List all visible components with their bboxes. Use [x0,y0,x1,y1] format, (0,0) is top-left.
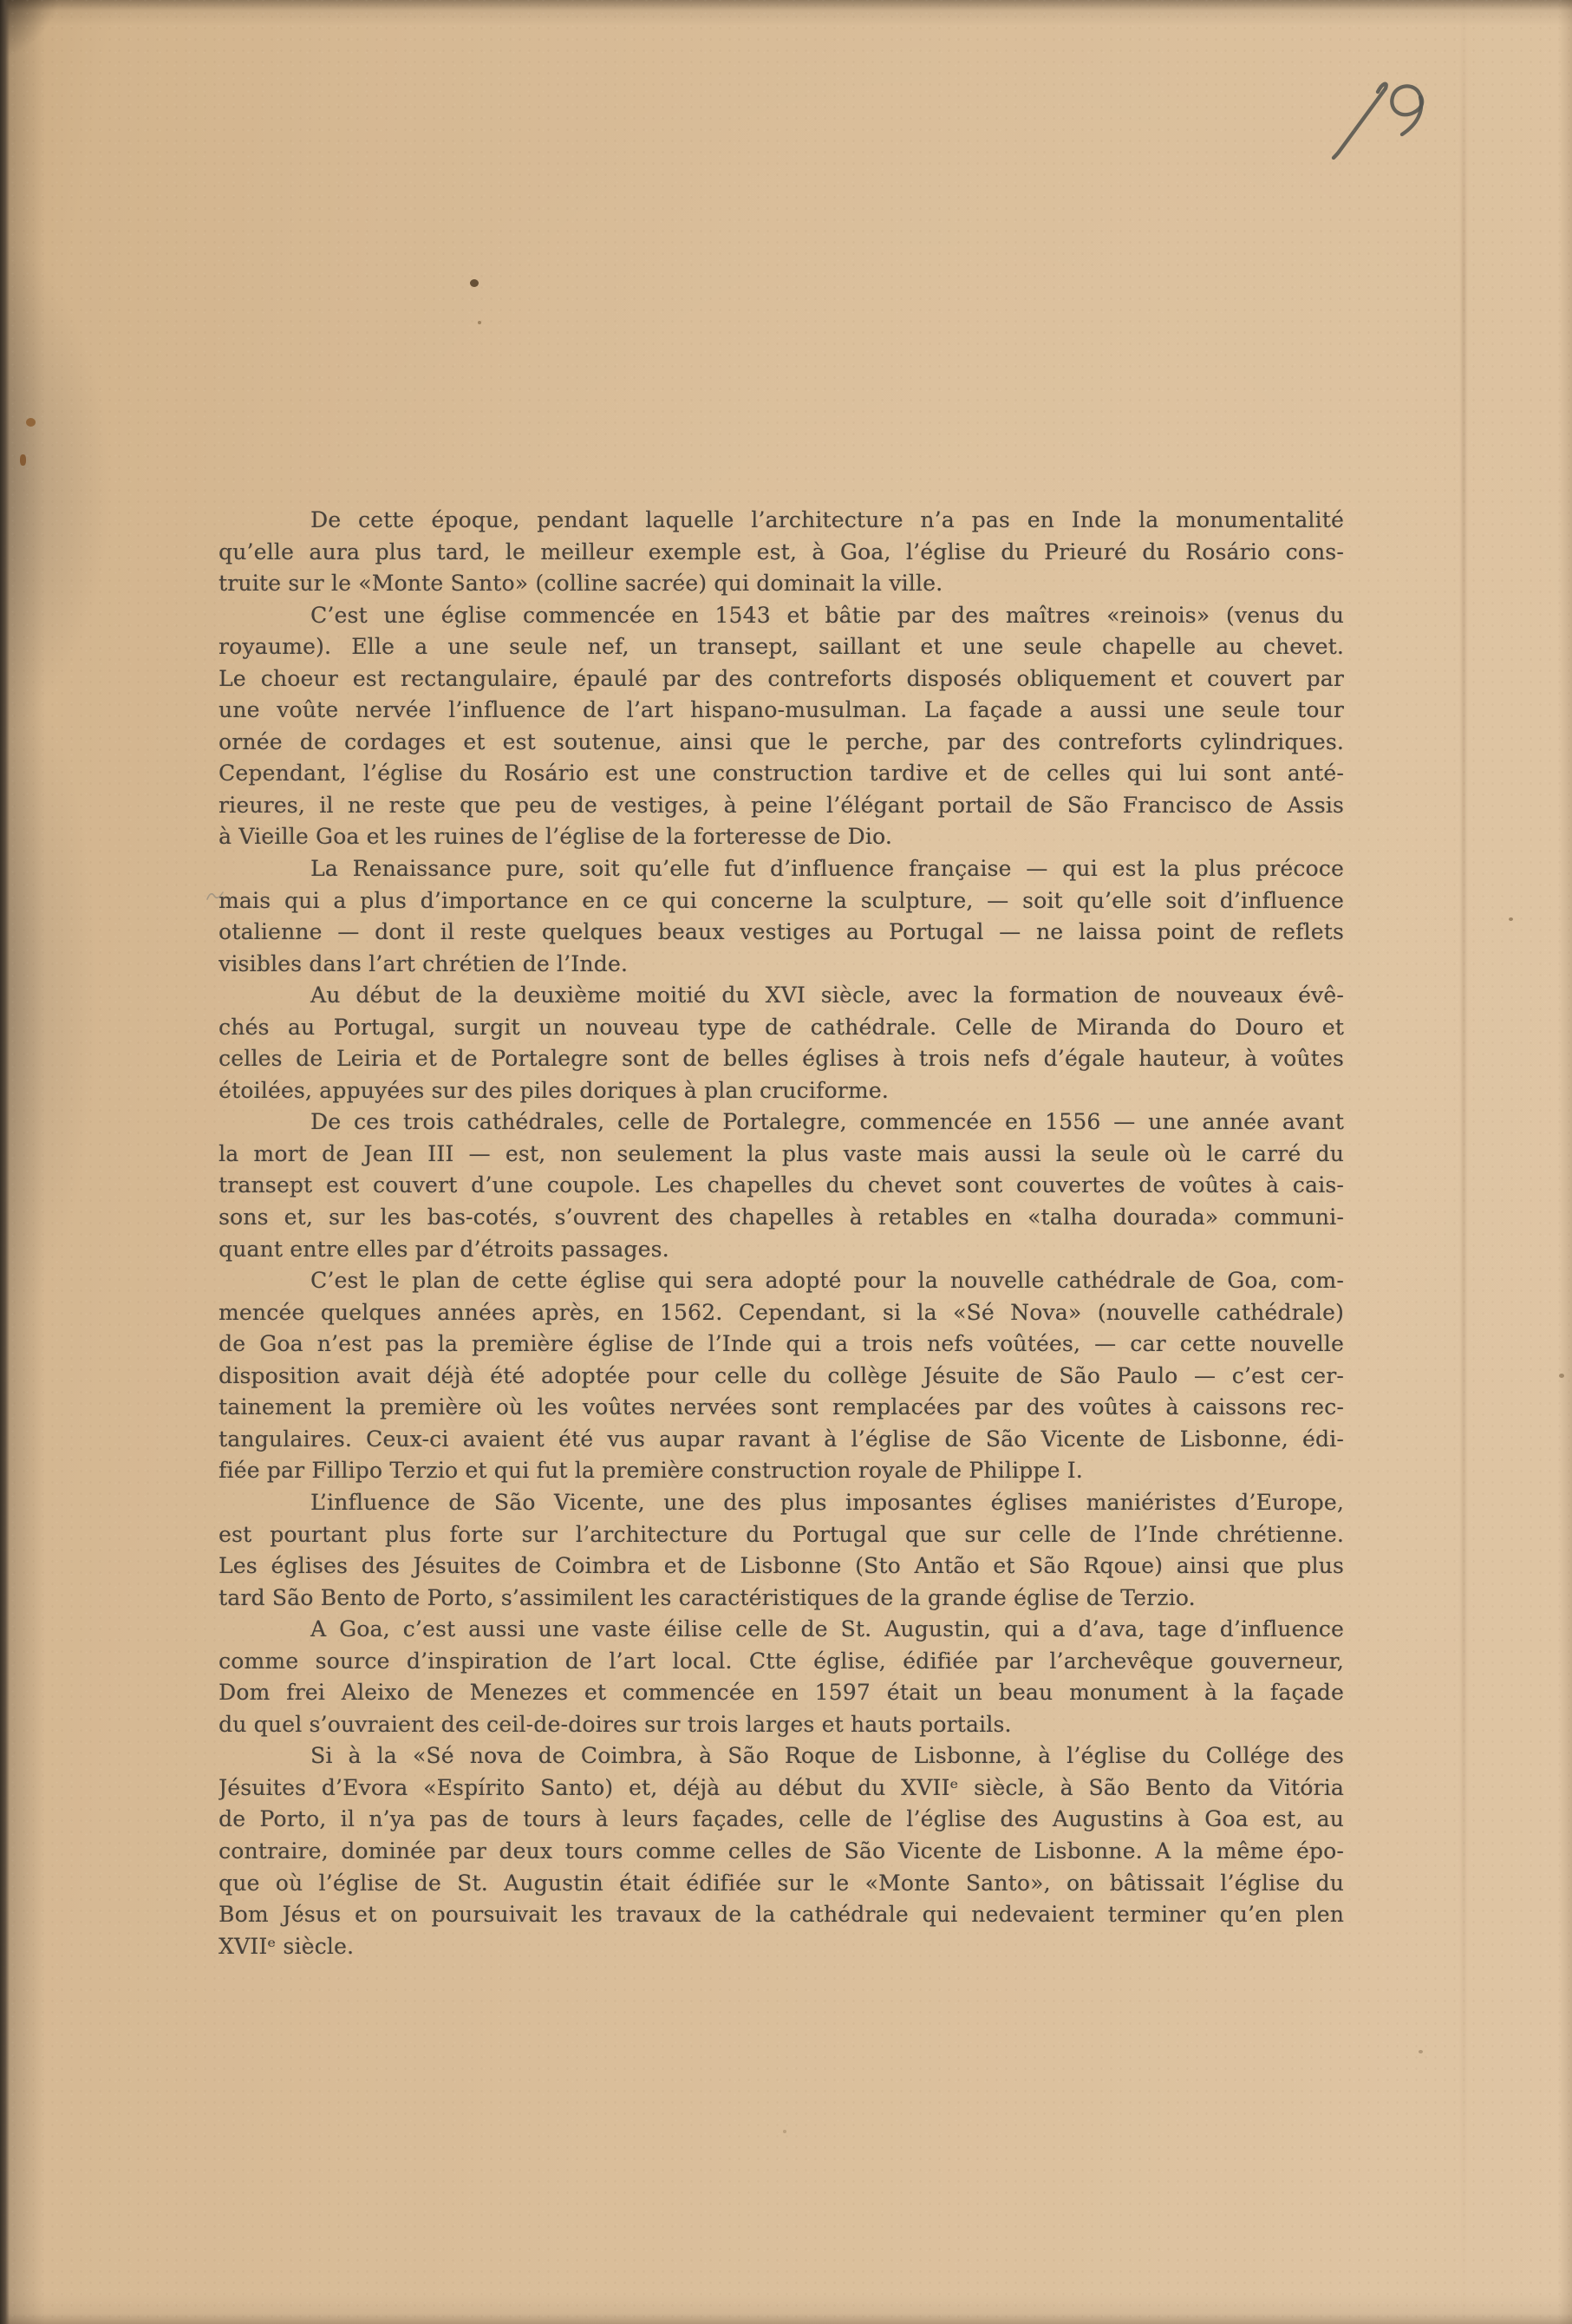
text-line: Les églises des Jésuites de Coimbra et d… [219,1550,1344,1583]
ink-speck [1509,917,1513,921]
text-line: tard São Bento de Porto, s’assimilent le… [219,1583,1344,1615]
paper-crease [1462,0,1465,2324]
scanned-page: De cette époque, pendant laquelle l’arch… [0,0,1572,2324]
text-line: Au début de la deuxième moitié du XVI si… [219,980,1344,1012]
ink-speck [783,2130,786,2133]
text-line: contraire, dominée par deux tours comme … [219,1836,1344,1868]
text-line: disposition avait déjà été adoptée pour … [219,1361,1344,1393]
text-line: transept est couvert d’une coupole. Les … [219,1170,1344,1202]
text-line: mencée quelques années après, en 1562. C… [219,1297,1344,1329]
text-line: fiée par Fillipo Terzio et qui fut la pr… [219,1455,1344,1487]
text-line: visibles dans l’art chrétien de l’Inde. [219,949,1344,981]
text-line: De ces trois cathédrales, celle de Porta… [219,1107,1344,1139]
pencil-mark [205,888,227,904]
text-line: Jésuites d’Evora «Espírito Santo) et, dé… [219,1772,1344,1805]
text-line: La Renaissance pure, soit qu’elle fut d’… [219,853,1344,885]
text-line: que où l’église de St. Augustin était éd… [219,1868,1344,1900]
text-line: de Goa n’est pas la première église de l… [219,1328,1344,1361]
text-line: royaume). Elle a une seule nef, un trans… [219,631,1344,663]
text-line: mais qui a plus d’importance en ce qui c… [219,885,1344,917]
text-line: Le choeur est rectangulaire, épaulé par … [219,663,1344,695]
text-line: est pourtant plus forte sur l’architectu… [219,1519,1344,1551]
text-line: rieures, il ne reste que peu de vestiges… [219,790,1344,822]
text-line: ornée de cordages et est soutenue, ainsi… [219,727,1344,759]
ink-speck [1419,2050,1423,2053]
ink-speck [470,279,479,287]
paper-stain [26,418,36,427]
page-binding-edge [0,0,10,2324]
text-line: L’influence de São Vicente, une des plus… [219,1487,1344,1519]
text-line: truite sur le «Monte Santo» (colline sac… [219,568,1344,600]
text-line: C’est le plan de cette église qui sera a… [219,1265,1344,1297]
text-line: de Porto, il n’ya pas de tours à leurs f… [219,1804,1344,1836]
text-line: quant entre elles par d’étroits passages… [219,1234,1344,1266]
text-line: à Vieille Goa et les ruines de l’église … [219,821,1344,853]
handwritten-page-number [1305,62,1461,175]
text-line: Bom Jésus et on poursuivait les travaux … [219,1899,1344,1931]
text-line: du quel s’ouvraient des ceil-de-doires s… [219,1709,1344,1741]
text-line: tangulaires. Ceux-ci avaient été vus aup… [219,1424,1344,1456]
text-line: étoilées, appuyées sur des piles dorique… [219,1075,1344,1107]
text-line: tainement la première où les voûtes nerv… [219,1392,1344,1424]
text-line: une voûte nervée l’influence de l’art hi… [219,695,1344,727]
text-line: otalienne — dont il reste quelques beaux… [219,917,1344,949]
text-line: celles de Leiria et de Portalegre sont d… [219,1043,1344,1075]
text-line: Si à la «Sé nova de Coimbra, à São Roque… [219,1740,1344,1772]
text-line: qu’elle aura plus tard, le meilleur exem… [219,537,1344,569]
ink-speck [1559,1374,1564,1378]
text-line: C’est une église commencée en 1543 et bâ… [219,600,1344,632]
body-text-block: De cette époque, pendant laquelle l’arch… [219,505,1344,1962]
text-line: A Goa, c’est aussi une vaste éilise cell… [219,1614,1344,1646]
paper-stain [20,454,26,466]
ink-speck [478,321,481,324]
text-line: De cette époque, pendant laquelle l’arch… [219,505,1344,537]
text-line: Cependant, l’église du Rosário est une c… [219,758,1344,790]
text-line: sons et, sur les bas-cotés, s’ouvrent de… [219,1202,1344,1234]
text-line: chés au Portugal, surgit un nouveau type… [219,1012,1344,1044]
text-line: la mort de Jean III — est, non seulement… [219,1139,1344,1171]
text-line: XVIIᵉ siècle. [219,1931,1344,1963]
text-line: Dom frei Aleixo de Menezes et commencée … [219,1677,1344,1709]
text-line: comme source d’inspiration de l’art loca… [219,1646,1344,1678]
